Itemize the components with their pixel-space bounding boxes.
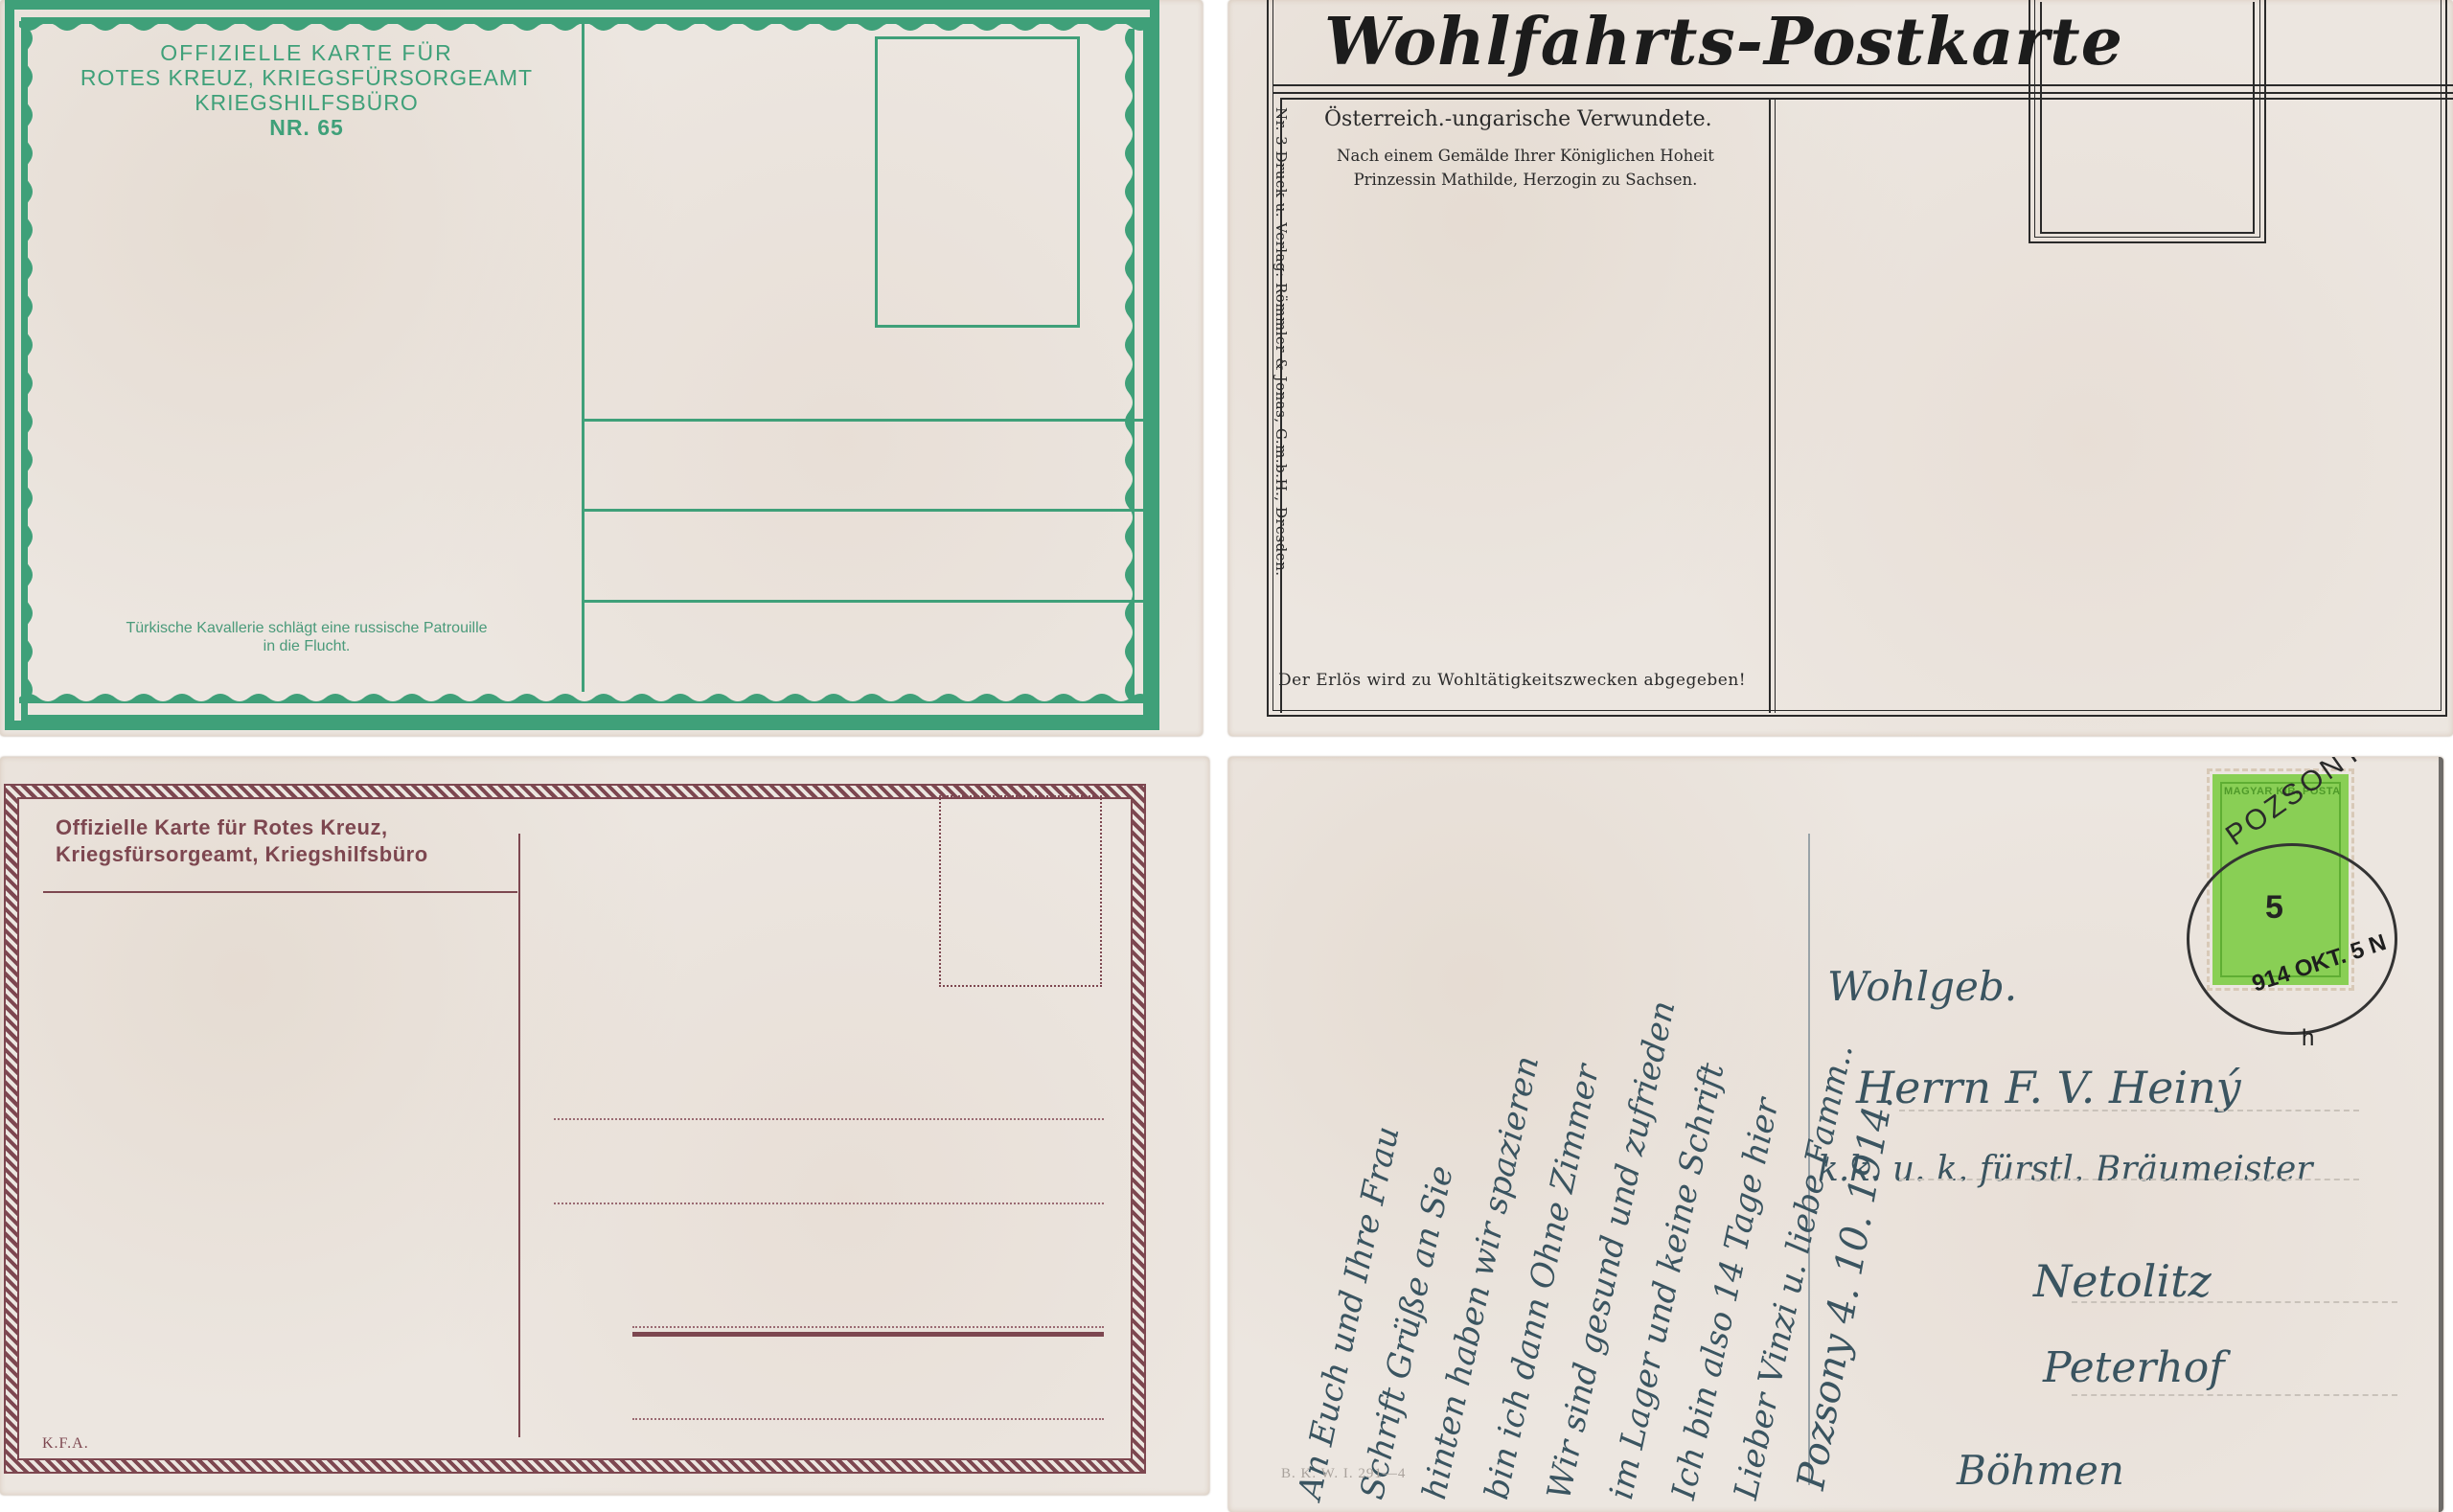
divider-line <box>582 21 585 692</box>
caption-line-1: Türkische Kavallerie schlägt eine russis… <box>38 619 575 637</box>
address-guide-line-4 <box>2072 1394 2397 1396</box>
center-divider <box>1769 100 1771 713</box>
publisher-side-text: Nr. 3 Druck u. Verlag: Römmler & Jonas, … <box>1272 107 1290 577</box>
address-line-3 <box>585 600 1145 603</box>
green-card-heading: OFFIZIELLE KARTE FÜR ROTES KREUZ, KRIEGS… <box>38 40 575 140</box>
address-underline <box>632 1332 1104 1337</box>
card-title: Wohlfahrts-Postkarte <box>1324 4 2123 80</box>
address-town: Netolitz <box>2033 1255 2212 1307</box>
center-divider-2 <box>1775 100 1776 713</box>
address-estate: Peterhof <box>2043 1343 2225 1392</box>
card-description: Nach einem Gemälde Ihrer Königlichen Hoh… <box>1324 144 1727 192</box>
address-line-2 <box>585 509 1145 512</box>
address-guide-line-2 <box>1899 1179 2359 1180</box>
maroon-card-heading: Offizielle Karte für Rotes Kreuz, Kriegs… <box>56 814 428 868</box>
stamp-box <box>939 795 1102 987</box>
heading-line-2: ROTES KREUZ, KRIEGSFÜRSORGEAMT <box>38 65 575 90</box>
caption-line-2: in die Flucht. <box>38 637 575 655</box>
title-rule-1 <box>1272 84 2453 86</box>
address-region: Böhmen <box>1957 1447 2124 1494</box>
title-rule-3 <box>1280 98 2453 100</box>
address-line-4 <box>632 1418 1104 1420</box>
postmark-hour: h <box>2302 1025 2314 1052</box>
postcard-wohlfahrts: Wohlfahrts-Postkarte Österreich.-ungaris… <box>1228 0 2453 736</box>
address-line-1 <box>554 1118 1104 1120</box>
heading-line-3: KRIEGSHILFSBÜRO <box>38 90 575 115</box>
wavy-border-left <box>23 29 36 699</box>
address-guide-line-1 <box>1899 1110 2359 1111</box>
wavy-border-bottom <box>19 690 1150 703</box>
address-line-3 <box>632 1326 1104 1328</box>
postcard-red-cross-green: OFFIZIELLE KARTE FÜR ROTES KREUZ, KRIEGS… <box>0 0 1203 736</box>
heading-line-1: OFFIZIELLE KARTE FÜR <box>38 40 575 65</box>
title-rule-2 <box>1272 92 2453 94</box>
publisher-mark: K.F.A. <box>42 1435 89 1453</box>
heading-line-2: Kriegsfürsorgeamt, Kriegshilfsbüro <box>56 841 428 868</box>
card-number: NR. 65 <box>38 115 575 140</box>
card-edge <box>2439 757 2443 1512</box>
stamp-box <box>875 36 1080 328</box>
address-line-1 <box>585 419 1145 422</box>
card-subtitle: Österreich.-ungarische Verwundete. <box>1324 107 1712 131</box>
address-recipient: Herrn F. V. Heiný <box>1856 1062 2241 1113</box>
address-occupation: k.k. u. k. fürstl. Bräumeister <box>1818 1150 2313 1189</box>
postcard-handwritten: Pozsony 4. 10. 1914. Lieber Vinzi u. lie… <box>1228 757 2443 1512</box>
description-line-2: Prinzessin Mathilde, Herzogin zu Sachsen… <box>1324 168 1727 192</box>
description-line-1: Nach einem Gemälde Ihrer Königlichen Hoh… <box>1324 144 1727 168</box>
printer-mark: B. K. W. I. 291—4 <box>1281 1466 1406 1482</box>
postcard-red-cross-maroon: Offizielle Karte für Rotes Kreuz, Kriegs… <box>0 757 1209 1495</box>
address-salutation: Wohlgeb. <box>1827 963 2017 1010</box>
green-card-caption: Türkische Kavallerie schlägt eine russis… <box>38 619 575 655</box>
heading-line-1: Offizielle Karte für Rotes Kreuz, <box>56 814 428 841</box>
wavy-border-top <box>19 21 1150 34</box>
address-line-2 <box>554 1203 1104 1204</box>
charity-footer: Der Erlös wird zu Wohltätigkeitszwecken … <box>1278 671 1746 690</box>
divider-line <box>518 834 520 1437</box>
heading-rule <box>43 891 517 893</box>
wavy-border-right <box>1121 29 1135 699</box>
address-guide-line-3 <box>2072 1301 2397 1303</box>
